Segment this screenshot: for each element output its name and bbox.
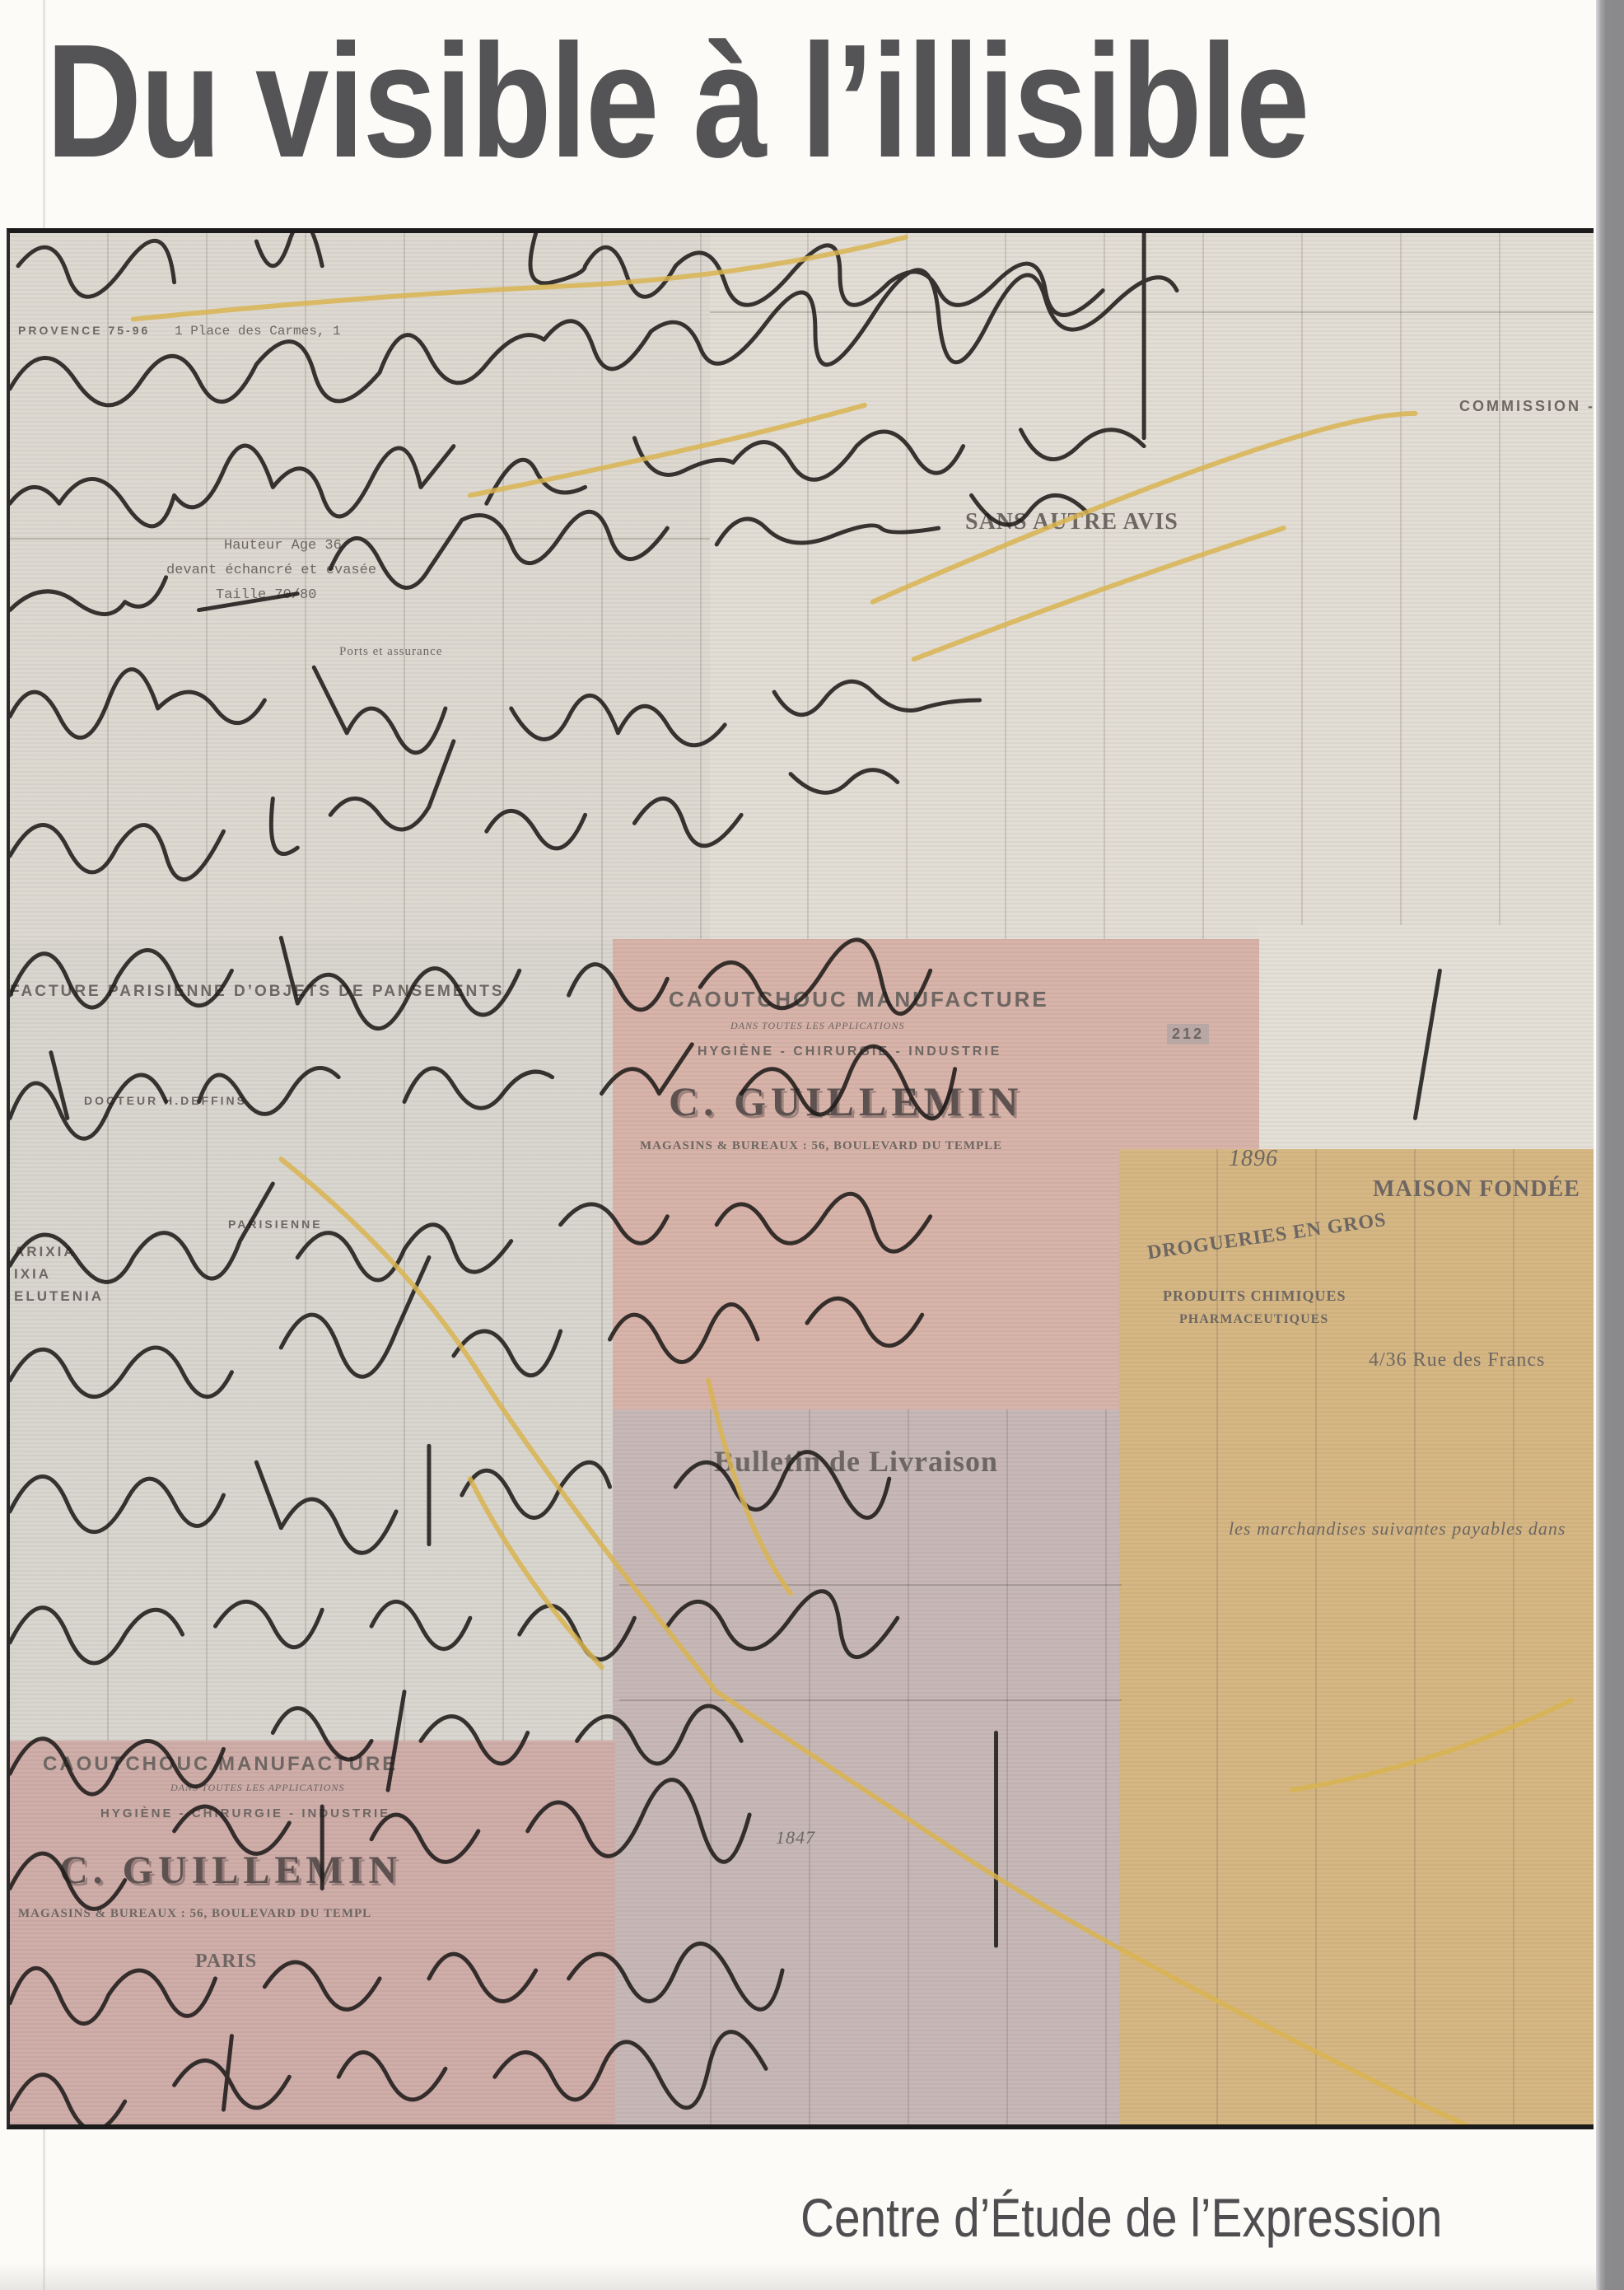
paper-invoice-right xyxy=(1258,925,1594,1156)
paper-bulletin-livraison xyxy=(613,1409,1122,2129)
typed-line-1: Hauteur Age 36 xyxy=(224,538,342,554)
label-ticket-number: 212 xyxy=(1167,1024,1209,1045)
rule-line xyxy=(619,1584,1122,1586)
label-facture-parisienne: FACTURE PARISIENNE D’OBJETS DE PANSEMENT… xyxy=(10,983,505,1001)
typed-address: 1 Place des Carmes, 1 xyxy=(175,324,341,339)
label-paris: PARIS xyxy=(195,1951,257,1973)
label-docteur: DOCTEUR H.DEFFINS xyxy=(84,1094,247,1107)
label-caoutchouc-manufacture-lower: CAOUTCHOUC MANUFACTURE xyxy=(43,1753,398,1776)
label-applications-lower: DANS TOUTES LES APPLICATIONS xyxy=(170,1782,344,1794)
label-sans-autre-avis: SANS AUTRE AVIS xyxy=(965,509,1178,535)
label-stamp: 1847 xyxy=(776,1827,815,1848)
label-year: 1896 xyxy=(1229,1146,1278,1172)
label-maison-fondee: MAISON FONDÉE xyxy=(1373,1176,1580,1203)
label-hygiene-lower: HYGIÈNE - CHIRURGIE - INDUSTRIE xyxy=(100,1806,390,1820)
label-boulevard-lower: MAGASINS & BUREAUX : 56, BOULEVARD DU TE… xyxy=(18,1907,371,1921)
cover-artwork: SANS AUTRE AVIS COMMISSION - EX PROVENCE… xyxy=(7,228,1594,2129)
label-hygiene: HYGIÈNE - CHIRURGIE - INDUSTRIE xyxy=(698,1045,1001,1059)
rule-line xyxy=(710,311,1594,313)
label-boulevard: MAGASINS & BUREAUX : 56, BOULEVARD DU TE… xyxy=(640,1139,1002,1153)
typed-ports: Ports et assurance xyxy=(339,645,442,659)
typed-line-3: Taille 70/80 xyxy=(216,587,316,603)
rule-line xyxy=(619,1699,1122,1701)
label-provence: PROVENCE 75-96 xyxy=(18,324,150,337)
label-guillemin-lower: C. GUILLEMIN xyxy=(59,1848,402,1893)
rule-line xyxy=(10,538,710,540)
label-ixia: IXIA xyxy=(14,1266,51,1283)
label-bulletin-livraison: Bulletin de Livraison xyxy=(714,1444,998,1479)
label-applications: DANS TOUTES LES APPLICATIONS xyxy=(730,1020,904,1032)
book-spine-edge xyxy=(1596,0,1624,2290)
label-elutenia: ELUTENIA xyxy=(14,1288,104,1305)
book-title: Du visible à l’illisible xyxy=(46,23,1289,180)
label-pharmaceutiques: PHARMACEUTIQUES xyxy=(1179,1312,1328,1327)
cover-bottom-wear xyxy=(0,2264,1596,2290)
label-arixia: ARIXIA xyxy=(14,1244,77,1260)
label-caoutchouc-manufacture: CAOUTCHOUC MANUFACTURE xyxy=(669,987,1049,1012)
label-parisienne: PARISIENNE xyxy=(228,1217,323,1231)
publisher-name: Centre d’Étude de l’Expression xyxy=(800,2185,1459,2250)
typed-line-2: devant échancré et évasée xyxy=(166,563,376,578)
label-marchandises: les marchandises suivantes payables dans xyxy=(1229,1518,1566,1540)
label-guillemin: C. GUILLEMIN xyxy=(669,1077,1023,1125)
paper-caoutchouc-pink-lower xyxy=(10,1741,615,2129)
label-commission: COMMISSION - EX xyxy=(1459,398,1594,415)
label-produits-chimiques: PRODUITS CHIMIQUES xyxy=(1163,1288,1346,1305)
label-rue: 4/36 Rue des Francs xyxy=(1369,1349,1545,1372)
